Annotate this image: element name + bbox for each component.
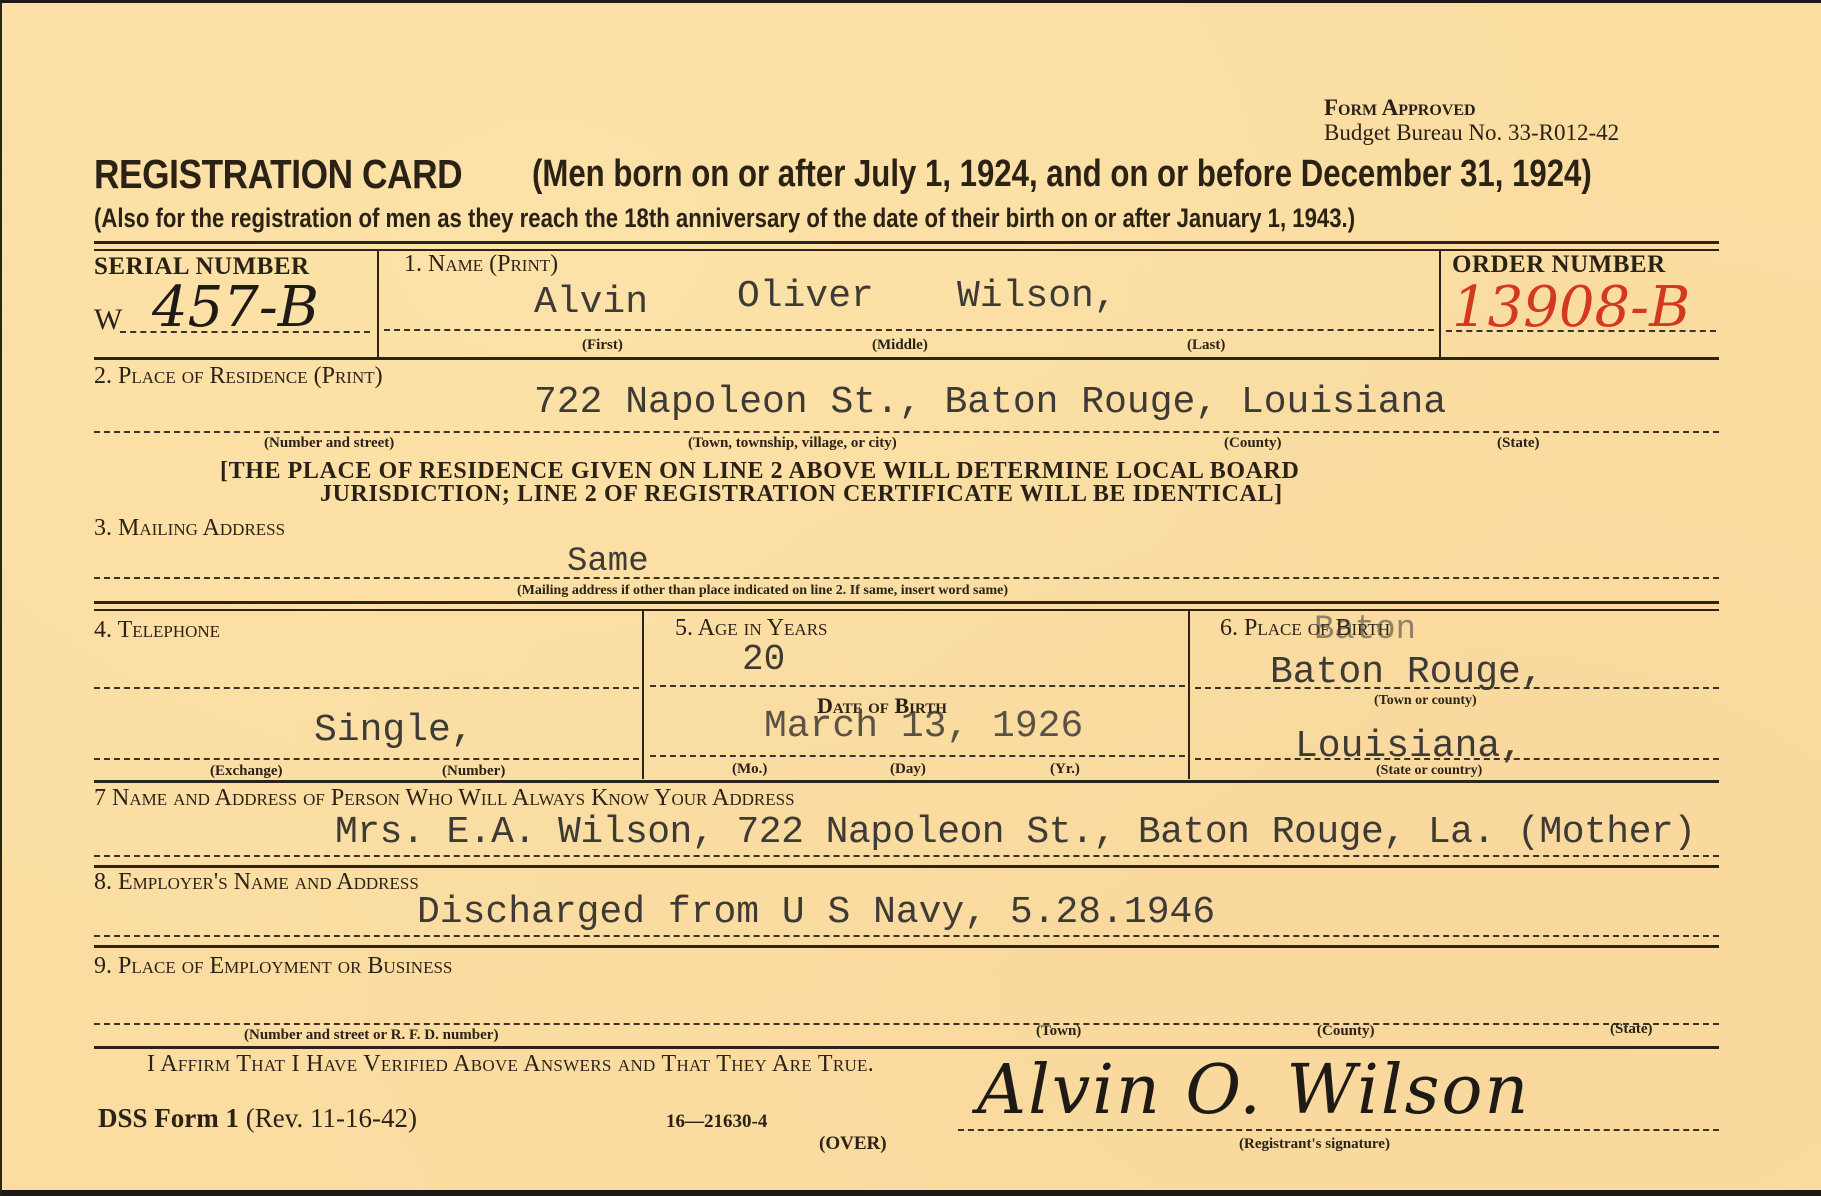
name-line (384, 329, 1434, 331)
name-label-text: 1. Name (Print) (404, 251, 558, 277)
form-id-number: DSS Form 1 (98, 1103, 239, 1133)
form-approved-label: Form Approved (1324, 95, 1476, 121)
telephone-value: Single, (314, 709, 474, 752)
dob-value: March 13, 1926 (764, 705, 1083, 748)
over-label: (OVER) (819, 1133, 887, 1155)
rule-row1 (94, 357, 1719, 360)
name-sub-middle: (Middle) (872, 337, 928, 354)
employer-value: Discharged from U S Navy, 5.28.1946 (417, 891, 1215, 934)
mailing-sub: (Mailing address if other than place ind… (517, 583, 1008, 599)
rule-row8 (94, 945, 1719, 948)
employment-sub-street: (Number and street or R. F. D. number) (244, 1027, 498, 1044)
telephone-label: 4. Telephone (94, 617, 220, 644)
name-first: Alvin (534, 281, 648, 324)
residence-sub-town: (Town, township, village, or city) (688, 435, 897, 452)
card-title-qualifier: (Men born on or after July 1, 1924, and … (532, 153, 1592, 196)
rule-row7 (94, 865, 1719, 868)
birthplace-sub-state: (State or country) (1376, 763, 1482, 779)
dob-sub-mo: (Mo.) (732, 761, 767, 778)
affirmation-text: I Affirm That I Have Verified Above Answ… (147, 1051, 874, 1078)
print-code: 16—21630-4 (666, 1111, 767, 1133)
telephone-sub-exchange: (Exchange) (210, 763, 283, 780)
form-id: DSS Form 1 (Rev. 11-16-42) (98, 1103, 417, 1134)
residence-label: 2. Place of Residence (Print) (94, 363, 383, 390)
name-sub-last: (Last) (1187, 337, 1225, 354)
age-label: 5. Age in Years (675, 615, 828, 642)
birthplace-line-2 (1195, 758, 1719, 760)
rule-row6 (94, 780, 1719, 783)
employment-label: 9. Place of Employment or Business (94, 953, 452, 980)
name-sub-first: (First) (582, 337, 623, 354)
employer-label: 8. Employer's Name and Address (94, 869, 419, 896)
serial-prefix: W (94, 303, 122, 337)
mailing-line (94, 577, 1719, 579)
name-middle: Oliver (737, 275, 874, 318)
contact-label: 7 Name and Address of Person Who Will Al… (94, 785, 795, 812)
divider-age-birth (1188, 609, 1190, 779)
divider-tel-age (642, 609, 644, 779)
employer-line (94, 935, 1719, 937)
dob-sub-yr: (Yr.) (1050, 761, 1080, 778)
birthplace-state: Louisiana, (1295, 725, 1523, 768)
telephone-line-2 (94, 758, 639, 760)
residence-sub-state: (State) (1497, 435, 1539, 452)
contact-line (94, 855, 1719, 857)
residence-sub-county: (County) (1224, 435, 1282, 452)
dob-sub-day: (Day) (890, 761, 926, 778)
age-value: 20 (742, 639, 785, 680)
card-subtitle: (Also for the registration of men as the… (94, 203, 1355, 234)
employment-sub-state: (State) (1610, 1021, 1652, 1038)
budget-bureau-number: Budget Bureau No. 33-R012-42 (1324, 120, 1619, 146)
dob-line (650, 755, 1185, 757)
name-last: Wilson, (957, 275, 1117, 318)
employment-sub-town: (Town) (1036, 1023, 1081, 1040)
rule-row3 (94, 601, 1719, 604)
contact-value: Mrs. E.A. Wilson, 722 Napoleon St., Bato… (335, 811, 1696, 854)
residence-line (94, 431, 1719, 433)
telephone-line-1 (94, 687, 639, 689)
name-label: 1. Name (Print) (404, 251, 558, 278)
birthplace-sub-town: (Town or county) (1374, 693, 1477, 709)
rule-row3-2 (94, 609, 1719, 611)
telephone-sub-number: (Number) (442, 763, 505, 780)
residence-notice-2: JURISDICTION; LINE 2 OF REGISTRATION CER… (320, 481, 1283, 508)
employment-line (94, 1023, 1719, 1025)
serial-number-value: 457-B (152, 275, 319, 340)
form-revision: (Rev. 11-16-42) (246, 1103, 417, 1133)
signature-label: (Registrant's signature) (1239, 1136, 1390, 1153)
mailing-label: 3. Mailing Address (94, 515, 285, 542)
divider-serial-name (377, 249, 379, 357)
residence-sub-street: (Number and street) (264, 435, 394, 452)
rule-top (94, 241, 1719, 244)
card-title: REGISTRATION CARD (94, 151, 462, 198)
registrant-signature: Alvin O. Wilson (977, 1051, 1530, 1130)
birthplace-line-1 (1195, 687, 1719, 689)
divider-name-order (1439, 249, 1441, 357)
rule-row9 (94, 1046, 1719, 1049)
order-line (1446, 330, 1716, 332)
employment-sub-county: (County) (1317, 1023, 1375, 1040)
birthplace-overstrike: Baton (1314, 611, 1416, 649)
registration-card: Form Approved Budget Bureau No. 33-R012-… (0, 0, 1821, 1196)
mailing-value: Same (567, 543, 649, 581)
residence-value: 722 Napoleon St., Baton Rouge, Louisiana (534, 381, 1446, 424)
signature-line (958, 1129, 1719, 1131)
age-line (650, 685, 1185, 687)
